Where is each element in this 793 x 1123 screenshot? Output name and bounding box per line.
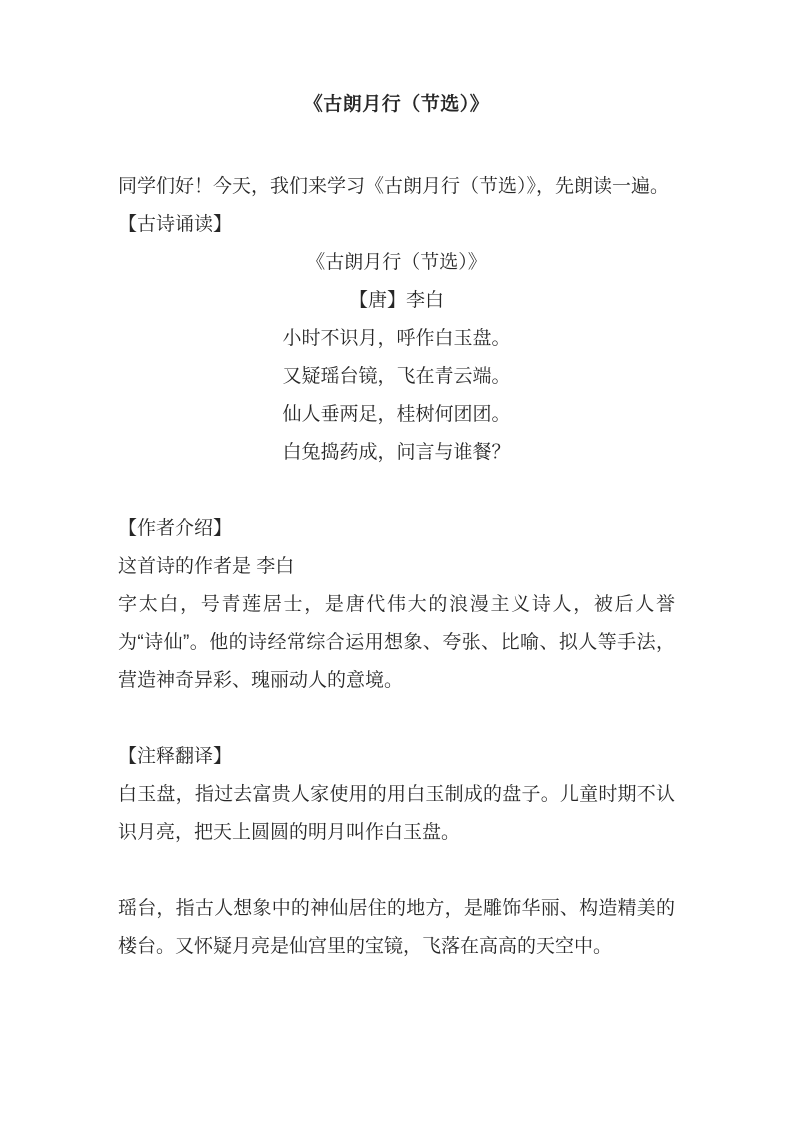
section-heading-recitation: 【古诗诵读】: [118, 206, 675, 244]
document-title: 《古朗月行（节选）》: [118, 90, 675, 120]
document-page: 《古朗月行（节选）》 同学们好！今天，我们来学习《古朗月行（节选）》，先朗读一遍…: [0, 0, 793, 1123]
poem-line: 又疑瑶台镜，飞在青云端。: [118, 358, 675, 396]
section-heading-notes: 【注释翻译】: [118, 738, 675, 776]
poem-author-line: 【唐】李白: [118, 282, 675, 320]
poem-title: 《古朗月行（节选）》: [118, 244, 675, 282]
section-heading-author: 【作者介绍】: [118, 510, 675, 548]
intro-paragraph: 同学们好！今天，我们来学习《古朗月行（节选）》，先朗读一遍。: [118, 168, 675, 206]
author-intro-line: 这首诗的作者是 李白: [118, 548, 675, 586]
poem-line: 小时不识月，呼作白玉盘。: [118, 320, 675, 358]
note-paragraph: 瑶台，指古人想象中的神仙居住的地方，是雕饰华丽、构造精美的楼台。又怀疑月亮是仙宫…: [118, 890, 675, 966]
author-bio: 字太白，号青莲居士，是唐代伟大的浪漫主义诗人，被后人誉为“诗仙”。他的诗经常综合…: [118, 586, 675, 700]
poem-block: 《古朗月行（节选）》 【唐】李白 小时不识月，呼作白玉盘。 又疑瑶台镜，飞在青云…: [118, 244, 675, 472]
note-paragraph: 白玉盘，指过去富贵人家使用的用白玉制成的盘子。儿童时期不认识月亮，把天上圆圆的明…: [118, 776, 675, 852]
poem-line: 仙人垂两足，桂树何团团。: [118, 396, 675, 434]
poem-line: 白兔捣药成，问言与谁餐？: [118, 434, 675, 472]
